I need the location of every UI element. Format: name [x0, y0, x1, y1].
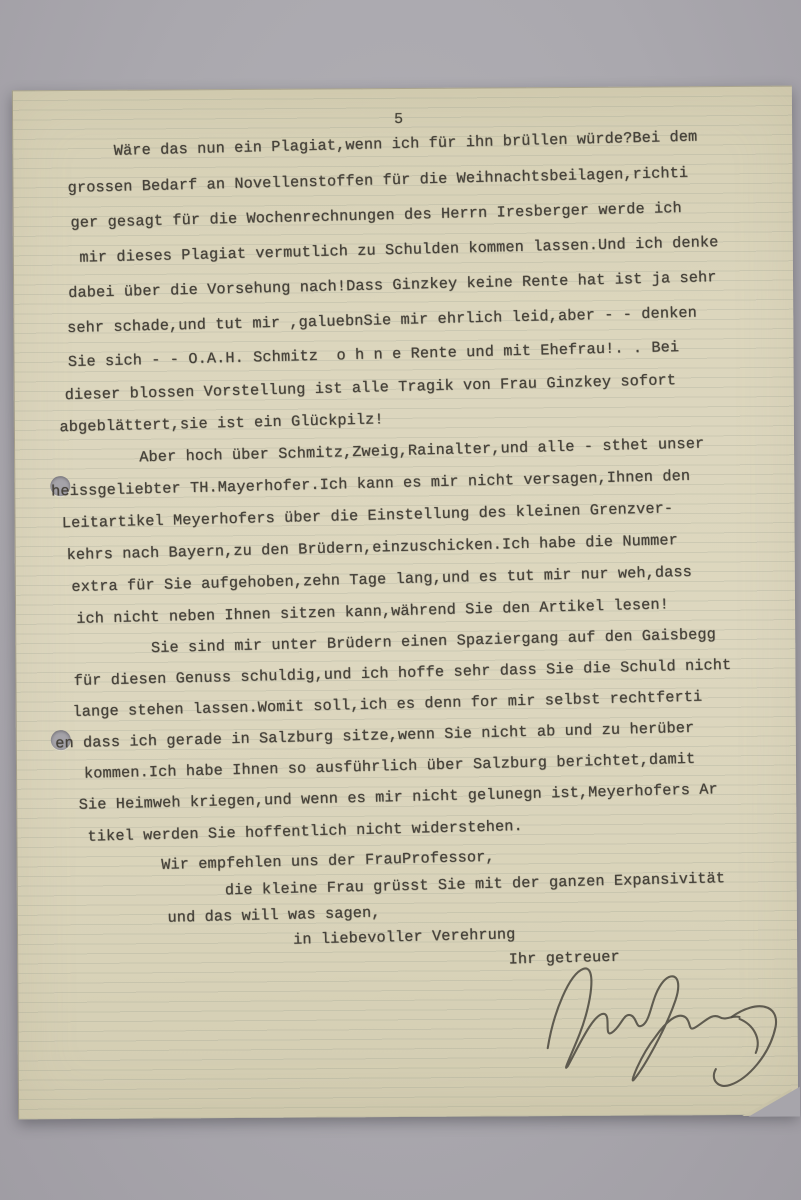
letter-line: tikel werden Sie hoffentlich nicht wider… [87, 817, 523, 846]
letter-line: sehr schade,und tut mir ,galuebnSie mir … [67, 304, 697, 337]
letter-page: 5 Wäre das nun ein Plagiat,wenn ich für … [12, 86, 798, 1120]
letter-line: die kleine Frau grüsst Sie mit der ganze… [225, 869, 726, 899]
letter-line: kehrs nach Bayern,zu den Brüdern,einzusc… [66, 531, 678, 564]
handwritten-signature [533, 955, 792, 1097]
letter-line: abgeblättert,sie ist ein Glückpilz! [59, 410, 384, 436]
letter-line: Wir empfehlen uns der FrauProfessor, [161, 848, 495, 874]
letter-line: Sie Heimweh kriegen,und wenn es mir nich… [79, 780, 718, 814]
letter-line: für diesen Genuss schuldig,und ich hoffe… [74, 656, 732, 690]
letter-line: dabei über die Vorsehung nach!Dass Ginzk… [68, 268, 717, 302]
letter-line: Wäre das nun ein Plagiat,wenn ich für ih… [114, 128, 698, 160]
letter-line: Sie sind mir unter Brüdern einen Spazier… [151, 625, 716, 657]
letter-line: extra für Sie aufgehoben,zehn Tage lang,… [71, 563, 692, 596]
letter-line: Leitartikel Meyerhofers über die Einstel… [62, 499, 674, 532]
letter-line: in liebevoller Verehrung [293, 925, 516, 948]
letter-line: kommen.Ich habe Ihnen so ausführlich übe… [84, 750, 696, 783]
letter-line: Aber hoch über Schmitz,Zweig,Rainalter,u… [139, 435, 704, 467]
letter-line: ich nicht neben Ihnen sitzen kann,währen… [76, 595, 669, 627]
letter-line: ger gesagt für die Wochenrechnungen des … [70, 199, 682, 232]
scanned-letter-photo: { "page": { "page_number": "5", "backgro… [0, 0, 801, 1200]
letter-line: lange stehen lassen.Womit soll,ich es de… [72, 688, 702, 721]
letter-line: grossen Bedarf an Novellenstoffen für di… [67, 164, 688, 197]
letter-line: en dass ich gerade in Salzburg sitze,wen… [55, 719, 694, 753]
letter-line: und das will was sagen, [167, 904, 380, 927]
letter-line: Sie sich - - O.A.H. Schmitz o h n e Rent… [68, 338, 680, 371]
letter-line: mir dieses Plagiat vermutlich zu Schulde… [79, 233, 718, 267]
letter-line: heissgeliebter TH.Mayerhofer.Ich kann es… [51, 467, 690, 501]
letter-line: dieser blossen Vorstellung ist alle Trag… [65, 371, 677, 404]
